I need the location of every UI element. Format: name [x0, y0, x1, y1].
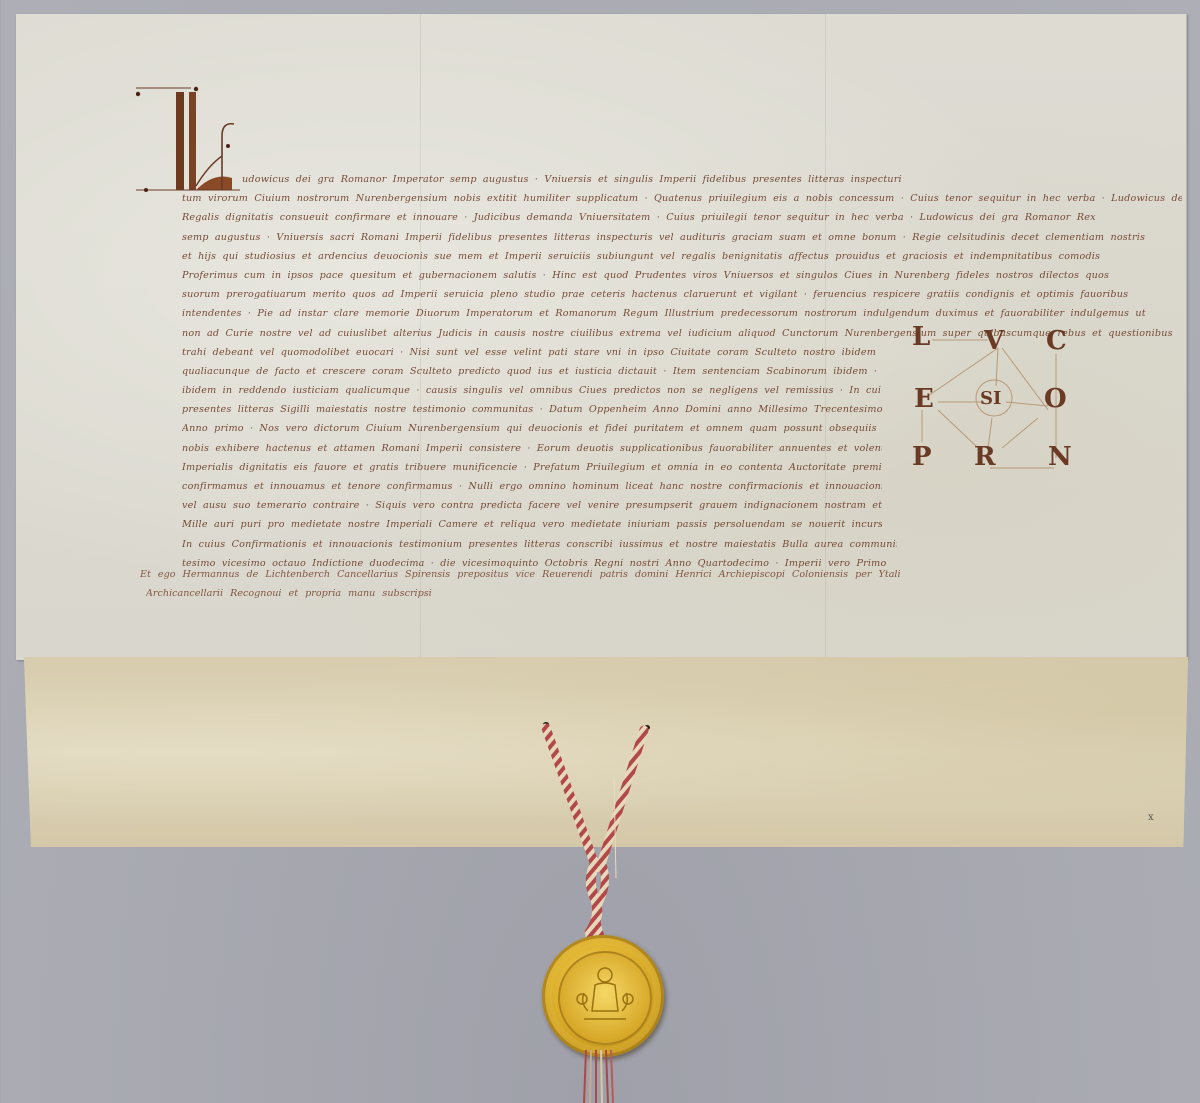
text-line: tum virorum Ciuium nostrorum Nurenbergen… [182, 189, 1182, 208]
text-line: suorum prerogatiuarum merito quos ad Imp… [182, 285, 1182, 304]
seal-tassel [580, 1050, 616, 1103]
text-line: Mille auri puri pro medietate nostre Imp… [182, 515, 882, 534]
text-line: qualiacunque de facto et crescere coram … [182, 362, 882, 381]
monogram-letter: V [984, 328, 1004, 354]
monogram-center: SI [980, 386, 1001, 412]
text-line: Anno primo · Nos vero dictorum Ciuium Nu… [182, 419, 882, 438]
monogram-letter: N [1048, 444, 1072, 470]
text-line: nobis exhibere hactenus et attamen Roman… [182, 439, 882, 458]
text-line: In cuius Confirmationis et innouacionis … [182, 535, 897, 554]
text-line: et hijs qui studiosius et ardencius deuo… [182, 247, 1182, 266]
text-line: Proferimus cum in ipsos pace quesitum et… [182, 266, 1182, 285]
monogram-letter: L [912, 324, 930, 350]
text-line: vel ausu suo temerario contraire · Siqui… [182, 496, 882, 515]
text-line: trahi debeant vel quomodolibet euocari ·… [182, 343, 882, 362]
text-line: confirmamus et innouamus et tenore confi… [182, 477, 882, 496]
text-line: ibidem in reddendo iusticiam qualicumque… [182, 381, 882, 400]
charter-text: udowicus dei gra Romanor Imperator semp … [182, 170, 902, 573]
text-line: presentes litteras Sigilli maiestatis no… [182, 400, 882, 419]
recognition-note: Et ego Hermannus de Lichtenberch Cancell… [140, 563, 900, 601]
golden-bulla-seal [542, 935, 664, 1057]
text-line: Regalis dignitatis consueuit confirmare … [182, 208, 1182, 227]
seal-enthroned-figure [558, 951, 652, 1045]
recognition-line: Et ego Hermannus de Lichtenberch Cancell… [140, 563, 900, 582]
monogram-letter: C [1046, 328, 1067, 354]
monogram-letter: O [1044, 386, 1067, 412]
royal-monogram: L V C E SI O P R N [898, 318, 1098, 478]
text-line: semp augustus · Vniuersis sacri Romani I… [182, 228, 1182, 247]
monogram-letter: P [912, 444, 932, 470]
recognition-line: Archicancellarii Recognoui et propria ma… [146, 582, 566, 601]
text-line: Imperialis dignitatis eis fauore et grat… [182, 458, 882, 477]
monogram-letter: R [974, 444, 996, 470]
plica-mark: x [1148, 812, 1154, 823]
enthroned-figure-icon [560, 953, 650, 1043]
monogram-letter: E [914, 386, 934, 412]
text-line: udowicus dei gra Romanor Imperator semp … [242, 170, 902, 189]
